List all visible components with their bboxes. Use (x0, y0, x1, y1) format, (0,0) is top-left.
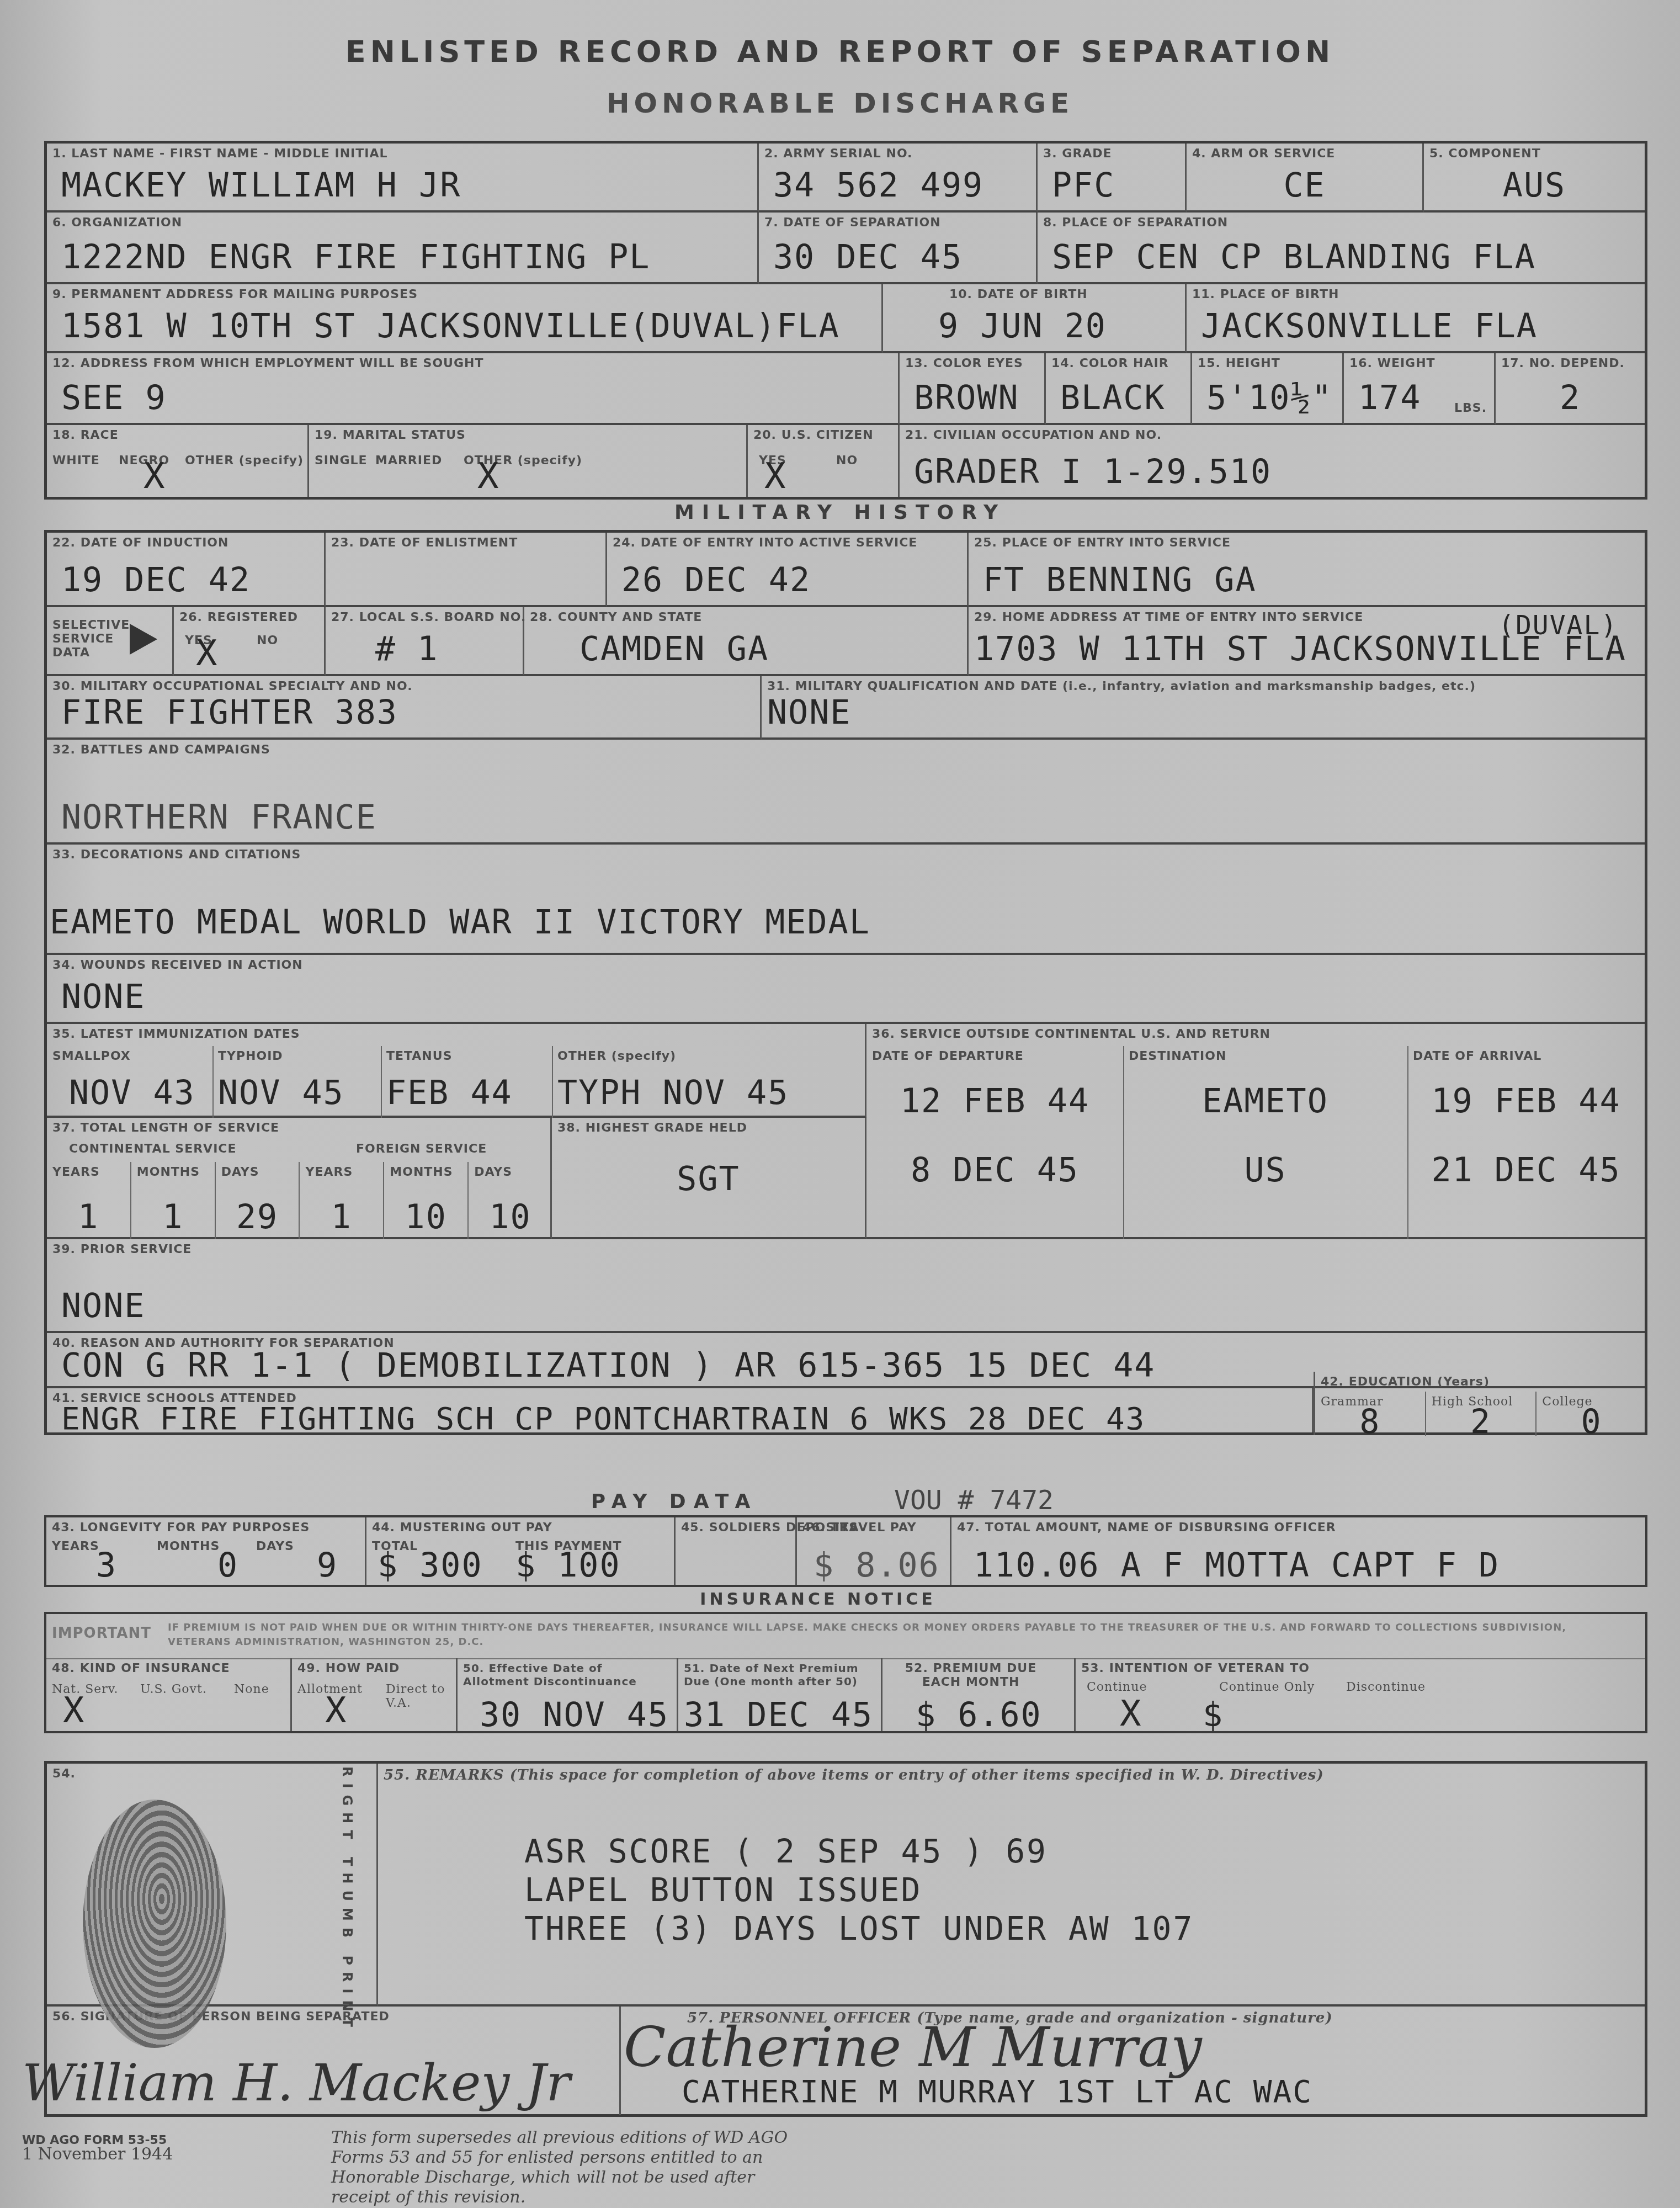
field-3-grade: 3. GRADE PFC (1038, 144, 1187, 213)
insurance-block: IMPORTANT IF PREMIUM IS NOT PAID WHEN DU… (44, 1612, 1647, 1733)
field-15-height: 15. HEIGHT 5'10½" (1192, 353, 1344, 425)
immunization-typhoid: TYPHOID NOV 45 (212, 1046, 382, 1118)
overseas-departure-column: DATE OF DEPARTURE 12 FEB 44 8 DEC 45 (866, 1046, 1124, 1239)
military-history-heading: MILITARY HISTORY (0, 501, 1680, 524)
supersedes-note: This form supersedes all previous editio… (331, 2128, 817, 2207)
field-45-soldiers-deposits: 45. SOLDIERS DEPOSITS (676, 1517, 797, 1585)
field-8-separation-place: 8. PLACE OF SEPARATION SEP CEN CP BLANDI… (1038, 213, 1645, 284)
field-33-decorations: 33. DECORATIONS AND CITATIONS EAMETO MED… (47, 845, 1645, 955)
field-42-education: 42. EDUCATION (Years) Grammar8 High Scho… (1314, 1372, 1645, 1435)
personal-info-block: 1. LAST NAME - FIRST NAME - MIDDLE INITI… (44, 141, 1647, 500)
field-21-civilian-occupation: 21. CIVILIAN OCCUPATION AND NO. GRADER I… (900, 425, 1645, 497)
field-7-separation-date: 7. DATE OF SEPARATION 30 DEC 45 (759, 213, 1038, 284)
field-9-address: 9. PERMANENT ADDRESS FOR MAILING PURPOSE… (47, 284, 883, 353)
field-19-marital: 19. MARITAL STATUS SINGLE MARRIED OTHER … (309, 425, 748, 497)
document-title: ENLISTED RECORD AND REPORT OF SEPARATION (0, 34, 1680, 69)
field-4-arm: 4. ARM OR SERVICE CE (1187, 144, 1424, 213)
selective-service-data: SELECTIVE SERVICE DATA (47, 607, 174, 676)
field-18-race: 18. RACE WHITE NEGRO OTHER (specify) X (47, 425, 309, 497)
field-52-premium-due: 52. PREMIUM DUE EACH MONTH $ 6.60 (882, 1658, 1076, 1731)
field-14-hair: 14. COLOR HAIR BLACK (1046, 353, 1192, 425)
remark-line-3: THREE (3) DAYS LOST UNDER AW 107 (524, 1910, 1194, 1947)
pay-data-heading: PAY DATA (0, 1490, 1514, 1513)
field-37-length-of-service: 37. TOTAL LENGTH OF SERVICE CONTINENTAL … (47, 1118, 552, 1239)
field-25-entry-place: 25. PLACE OF ENTRY INTO SERVICE FT BENNI… (969, 533, 1645, 607)
form-date: 1 November 1944 (22, 2145, 173, 2164)
arrow-right-icon (130, 624, 157, 655)
field-16-weight: 16. WEIGHT 174 LBS. (1344, 353, 1496, 425)
field-43-longevity: 43. LONGEVITY FOR PAY PURPOSES YEARS MON… (46, 1517, 366, 1585)
field-17-dependents: 17. NO. DEPEND. 2 (1496, 353, 1645, 425)
soldier-signature: William H. Mackey Jr (22, 2053, 571, 2113)
field-44-mustering-out-pay: 44. MUSTERING OUT PAY TOTAL THIS PAYMENT… (366, 1517, 676, 1585)
field-20-citizen: 20. U.S. CITIZEN YES NO X (748, 425, 900, 497)
length-grid: YEARS1 MONTHS1 DAYS29 YEARS1 MONTHS10 DA… (47, 1162, 552, 1239)
discharge-document: ENLISTED RECORD AND REPORT OF SEPARATION… (0, 0, 1680, 2208)
field-22-induction: 22. DATE OF INDUCTION 19 DEC 42 (47, 533, 326, 607)
field-32-battles: 32. BATTLES AND CAMPAIGNS NORTHERN FRANC… (47, 740, 1645, 845)
remark-line-1: ASR SCORE ( 2 SEP 45 ) 69 (524, 1833, 1048, 1870)
document-subtitle: HONORABLE DISCHARGE (0, 87, 1680, 119)
field-1-name: 1. LAST NAME - FIRST NAME - MIDDLE INITI… (47, 144, 759, 213)
citizen-checkmark: X (764, 456, 787, 497)
insurance-important-notice: IMPORTANT IF PREMIUM IS NOT PAID WHEN DU… (46, 1614, 1645, 1659)
field-26-registered: 26. REGISTERED YES NO X (174, 607, 326, 676)
field-41-service-schools: 41. SERVICE SCHOOLS ATTENDED ENGR FIRE F… (47, 1388, 1314, 1432)
field-23-enlistment: 23. DATE OF ENLISTMENT (326, 533, 607, 607)
fingerprint-image (83, 1800, 226, 2048)
field-53-veteran-intention: 53. INTENTION OF VETERAN TO Continue Con… (1076, 1658, 1645, 1731)
immunization-tetanus: TETANUS FEB 44 (381, 1046, 553, 1118)
field-38-highest-grade: 38. HIGHEST GRADE HELD SGT (552, 1118, 866, 1239)
field-48-kind-of-insurance: 48. KIND OF INSURANCE Nat. Serv. U.S. Go… (46, 1658, 292, 1731)
field-31-qualification: 31. MILITARY QUALIFICATION AND DATE (i.e… (762, 676, 1645, 740)
field-36-overseas-service: 36. SERVICE OUTSIDE CONTINENTAL U.S. AND… (866, 1024, 1645, 1239)
field-39-prior-service: 39. PRIOR SERVICE NONE (47, 1239, 1645, 1333)
field-12-employment-address: 12. ADDRESS FROM WHICH EMPLOYMENT WILL B… (47, 353, 900, 425)
name-value: MACKEY WILLIAM H JR (61, 166, 461, 205)
field-51-next-premium-due: 51. Date of Next Premium Due (One month … (678, 1658, 882, 1731)
field-24-active-service: 24. DATE OF ENTRY INTO ACTIVE SERVICE 26… (607, 533, 969, 607)
field-49-how-paid: 49. HOW PAID Allotment Direct to V.A. X (292, 1658, 458, 1731)
field-13-eyes: 13. COLOR EYES BROWN (900, 353, 1046, 425)
military-history-block: 22. DATE OF INDUCTION 19 DEC 42 23. DATE… (44, 530, 1647, 1435)
remark-line-2: LAPEL BUTTON ISSUED (524, 1871, 922, 1909)
overseas-destination-column: DESTINATION EAMETO US (1123, 1046, 1408, 1239)
field-30-mos: 30. MILITARY OCCUPATIONAL SPECIALTY AND … (47, 676, 762, 740)
immunization-other: OTHER (specify) TYPH NOV 45 (552, 1046, 864, 1118)
field-34-wounds: 34. WOUNDS RECEIVED IN ACTION NONE (47, 955, 1645, 1024)
field-2-serial: 2. ARMY SERIAL NO. 34 562 499 (759, 144, 1038, 213)
field-11-birth-place: 11. PLACE OF BIRTH JACKSONVILLE FLA (1187, 284, 1645, 353)
field-35-immunizations: 35. LATEST IMMUNIZATION DATES SMALLPOX N… (47, 1024, 866, 1118)
field-47-total-amount: 47. TOTAL AMOUNT, NAME OF DISBURSING OFF… (951, 1517, 1645, 1585)
officer-signature: Catherine M Murray (624, 2015, 1202, 2079)
field-28-county-state: 28. COUNTY AND STATE CAMDEN GA (524, 607, 969, 676)
field-46-travel-pay: 46. TRAVEL PAY $ 8.06 (797, 1517, 951, 1585)
pay-data-block: 43. LONGEVITY FOR PAY PURPOSES YEARS MON… (44, 1515, 1647, 1587)
field-10-birth-date: 10. DATE OF BIRTH 9 JUN 20 (883, 284, 1187, 353)
overseas-arrival-column: DATE OF ARRIVAL 19 FEB 44 21 DEC 45 (1407, 1046, 1645, 1239)
insurance-notice-heading: INSURANCE NOTICE (0, 1590, 1658, 1609)
field-29-home-address: 29. HOME ADDRESS AT TIME OF ENTRY INTO S… (969, 607, 1645, 676)
immunization-smallpox: SMALLPOX NOV 43 (47, 1046, 214, 1118)
field-6-organization: 6. ORGANIZATION 1222ND ENGR FIRE FIGHTIN… (47, 213, 759, 284)
voucher-note: VOU # 7472 (894, 1485, 1054, 1516)
field-5-component: 5. COMPONENT AUS (1424, 144, 1645, 213)
field-50-allotment-discontinuance: 50. Effective Date of Allotment Disconti… (458, 1658, 678, 1731)
race-checkmark: X (143, 456, 166, 497)
thumb-print-label: RIGHT THUMB PRINT (339, 1766, 355, 2034)
marital-checkmark: X (477, 456, 500, 497)
field-27-board-no: 27. LOCAL S.S. BOARD NO. # 1 (326, 607, 524, 676)
